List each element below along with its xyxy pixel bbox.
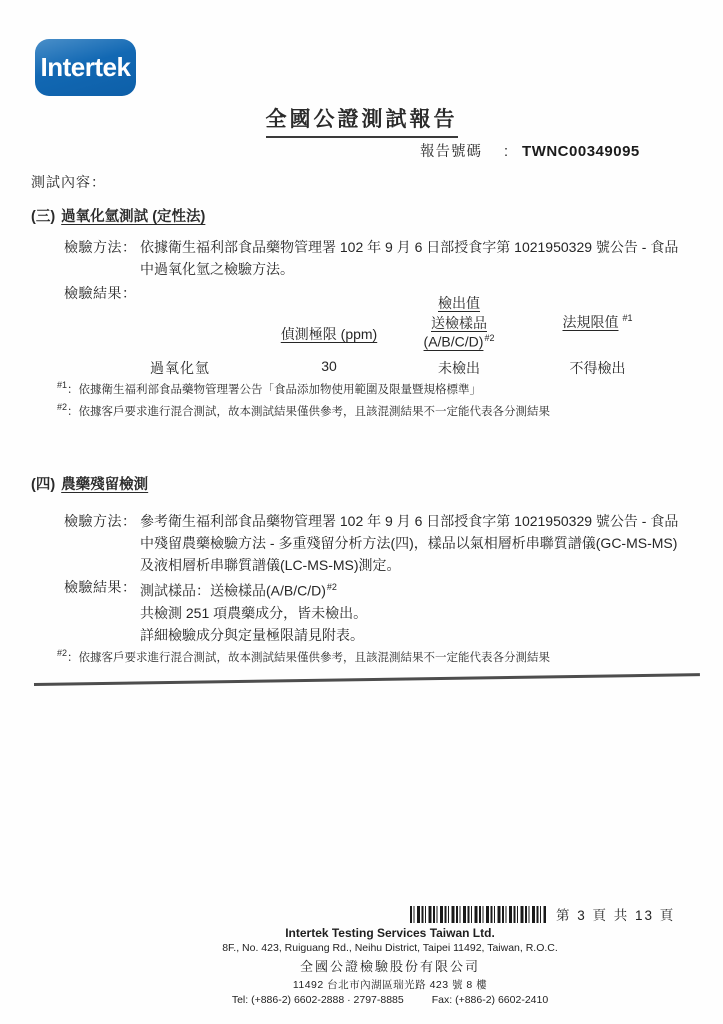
test-report-page: Intertek 全國公證測試報告 報告號碼:TWNC00349095 測試內容… xyxy=(0,0,723,1024)
regulation-header-text: 法規限值 xyxy=(562,314,618,330)
regulation-header-footnote-ref: #1 xyxy=(622,313,632,323)
regulation-header-wrap: 法規限值#1 xyxy=(562,312,632,332)
footnote-1-text: ：依據衛生福利部食品藥物管理署公告「食品添加物使用範圍及限量暨規格標準」 xyxy=(67,384,481,396)
footer-company-zh: 全國公證檢驗股份有限公司 xyxy=(60,956,720,975)
section4-heading: (四)農藥殘留檢測 xyxy=(31,473,148,494)
result-line-sample: 測試樣品：送檢樣品(A/B/C/D)#2 xyxy=(140,576,685,602)
intertek-logo-text: Intertek xyxy=(41,52,131,83)
report-number-label: 報告號碼 xyxy=(420,144,482,160)
footnote-2b: #2：依據客戶要求進行混合測試，故本測試結果僅供參考，且該混測結果不一定能代表各… xyxy=(57,645,550,667)
section4-title: 農藥殘留檢測 xyxy=(61,477,148,493)
section3-footnotes: #1：依據衛生福利部食品藥物管理署公告「食品添加物使用範圍及限量暨規格標準」 #… xyxy=(57,377,550,422)
section4-method-text: 參考衛生福利部食品藥物管理署 102 年 9 月 6 日部授食字第 102195… xyxy=(140,510,685,576)
section3-result-row: 檢驗結果： xyxy=(64,282,140,304)
footer-address-zh: 11492 台北市內湖區瑞光路 423 號 8 樓 xyxy=(60,977,720,992)
table-row-detected-result: 未檢出 xyxy=(388,350,530,378)
footer-company-en: Intertek Testing Services Taiwan Ltd. xyxy=(60,926,720,940)
section4-footnotes: #2：依據客戶要求進行混合測試，故本測試結果僅供參考，且該混測結果不一定能代表各… xyxy=(57,645,550,667)
detection-limit-header-text: 偵測極限 (ppm) xyxy=(281,324,377,344)
footnote-2: #2：依據客戶要求進行混合測試，故本測試結果僅供參考，且該混測結果不一定能代表各… xyxy=(57,399,550,421)
table-row-detection-limit: 30 xyxy=(270,350,388,378)
detected-header-line2: 送檢樣品 xyxy=(431,313,487,333)
section3-prefix: (三) xyxy=(31,209,55,225)
detected-header-line1: 檢出值 xyxy=(438,293,480,313)
section3-method-label: 檢驗方法： xyxy=(64,236,140,280)
footer-telfax: Tel: (+886-2) 6602-2888 · 2797-8885 Fax:… xyxy=(60,994,720,1006)
section4-method-label: 檢驗方法： xyxy=(64,510,140,576)
footnote-2-text: ：依據客戶要求進行混合測試，故本測試結果僅供參考，且該混測結果不一定能代表各分測… xyxy=(67,406,550,418)
section3-results-table: 偵測極限 (ppm) 檢出值 送檢樣品 (A/B/C/D)#2 法規限值#1 過… xyxy=(140,292,665,378)
footer: Intertek Testing Services Taiwan Ltd. 8F… xyxy=(60,926,720,1006)
footnote-1-marker: #1 xyxy=(57,380,67,390)
section3-heading: (三)過氧化氫測試 (定性法) xyxy=(31,205,205,226)
report-number-colon: : xyxy=(504,144,508,160)
footer-address-en: 8F., No. 423, Ruiguang Rd., Neihu Distri… xyxy=(60,942,720,954)
result-line-detail: 詳細檢驗成分與定量極限請見附表。 xyxy=(140,624,685,646)
footer-fax: Fax: (+886-2) 6602-2410 xyxy=(432,994,548,1006)
table-header-detected-value: 檢出值 送檢樣品 (A/B/C/D)#2 xyxy=(388,292,530,350)
report-number-value: TWNC00349095 xyxy=(522,143,640,160)
detected-header-line3: (A/B/C/D) xyxy=(424,334,484,350)
section3-result-label: 檢驗結果： xyxy=(64,282,140,304)
detected-header-line3-wrap: (A/B/C/D)#2 xyxy=(424,333,495,350)
result-line-count: 共檢測 251 項農藥成分，皆未檢出。 xyxy=(140,602,685,624)
section-separator-line xyxy=(34,673,700,686)
footnote-2b-text: ：依據客戶要求進行混合測試，故本測試結果僅供參考，且該混測結果不一定能代表各分測… xyxy=(67,652,550,664)
section4-result-row: 檢驗結果： 測試樣品：送檢樣品(A/B/C/D)#2 共檢測 251 項農藥成分… xyxy=(64,576,685,646)
section3-title: 過氧化氫測試 (定性法) xyxy=(61,209,205,225)
table-row-analyte-name: 過氧化氫 xyxy=(140,350,270,378)
footnote-2b-marker: #2 xyxy=(57,648,67,658)
footnote-1: #1：依據衛生福利部食品藥物管理署公告「食品添加物使用範圍及限量暨規格標準」 xyxy=(57,377,550,399)
barcode xyxy=(410,906,546,923)
report-title: 全國公證測試報告 xyxy=(266,103,458,138)
table-header-detection-limit: 偵測極限 (ppm) xyxy=(270,292,388,350)
report-number-row: 報告號碼:TWNC00349095 xyxy=(420,140,640,161)
table-header-regulation-limit: 法規限值#1 xyxy=(530,292,665,350)
section3-method-row: 檢驗方法： 依據衛生福利部食品藥物管理署 102 年 9 月 6 日部授食字第 … xyxy=(64,236,685,280)
detected-header-footnote-ref: #2 xyxy=(484,333,494,343)
section4-result-label: 檢驗結果： xyxy=(64,576,140,646)
footer-tel: Tel: (+886-2) 6602-2888 · 2797-8885 xyxy=(232,994,404,1006)
result-line-sample-text: 測試樣品：送檢樣品(A/B/C/D) xyxy=(140,583,326,599)
test-content-label: 測試內容： xyxy=(31,172,106,192)
result-line-sample-footnote-ref: #2 xyxy=(327,582,337,592)
intertek-logo: Intertek xyxy=(35,39,136,96)
section3-method-text: 依據衛生福利部食品藥物管理署 102 年 9 月 6 日部授食字第 102195… xyxy=(140,236,685,280)
page-number: 第 3 頁 共 13 頁 xyxy=(556,904,675,924)
section4-prefix: (四) xyxy=(31,477,55,493)
report-title-wrap: 全國公證測試報告 xyxy=(0,103,723,138)
table-header-empty xyxy=(140,292,270,350)
footnote-2-marker: #2 xyxy=(57,402,67,412)
section4-result-lines: 測試樣品：送檢樣品(A/B/C/D)#2 共檢測 251 項農藥成分，皆未檢出。… xyxy=(140,576,685,646)
table-row-regulation-limit: 不得檢出 xyxy=(530,350,665,378)
section4-method-row: 檢驗方法： 參考衛生福利部食品藥物管理署 102 年 9 月 6 日部授食字第 … xyxy=(64,510,685,576)
